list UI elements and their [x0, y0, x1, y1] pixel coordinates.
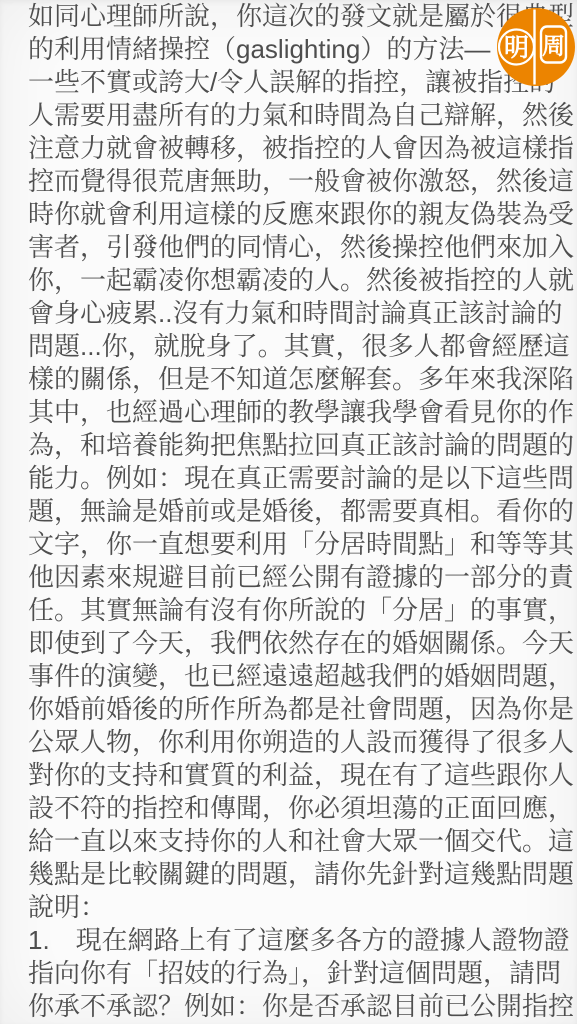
article-text: 如同心理師所說，你這次的發文就是屬於很典型 的利用情緒操控（gaslightin… — [28, 0, 577, 1023]
logo-char-ming: 明 — [504, 34, 529, 62]
mingpao-weekly-logo-icon: 明 周 — [496, 7, 576, 87]
logo-char-zhou: 周 — [542, 33, 565, 59]
mingpao-logo-svg: 明 周 — [496, 7, 576, 87]
scanned-page-background: 如同心理師所說，你這次的發文就是屬於很典型 的利用情緒操控（gaslightin… — [0, 0, 577, 1024]
